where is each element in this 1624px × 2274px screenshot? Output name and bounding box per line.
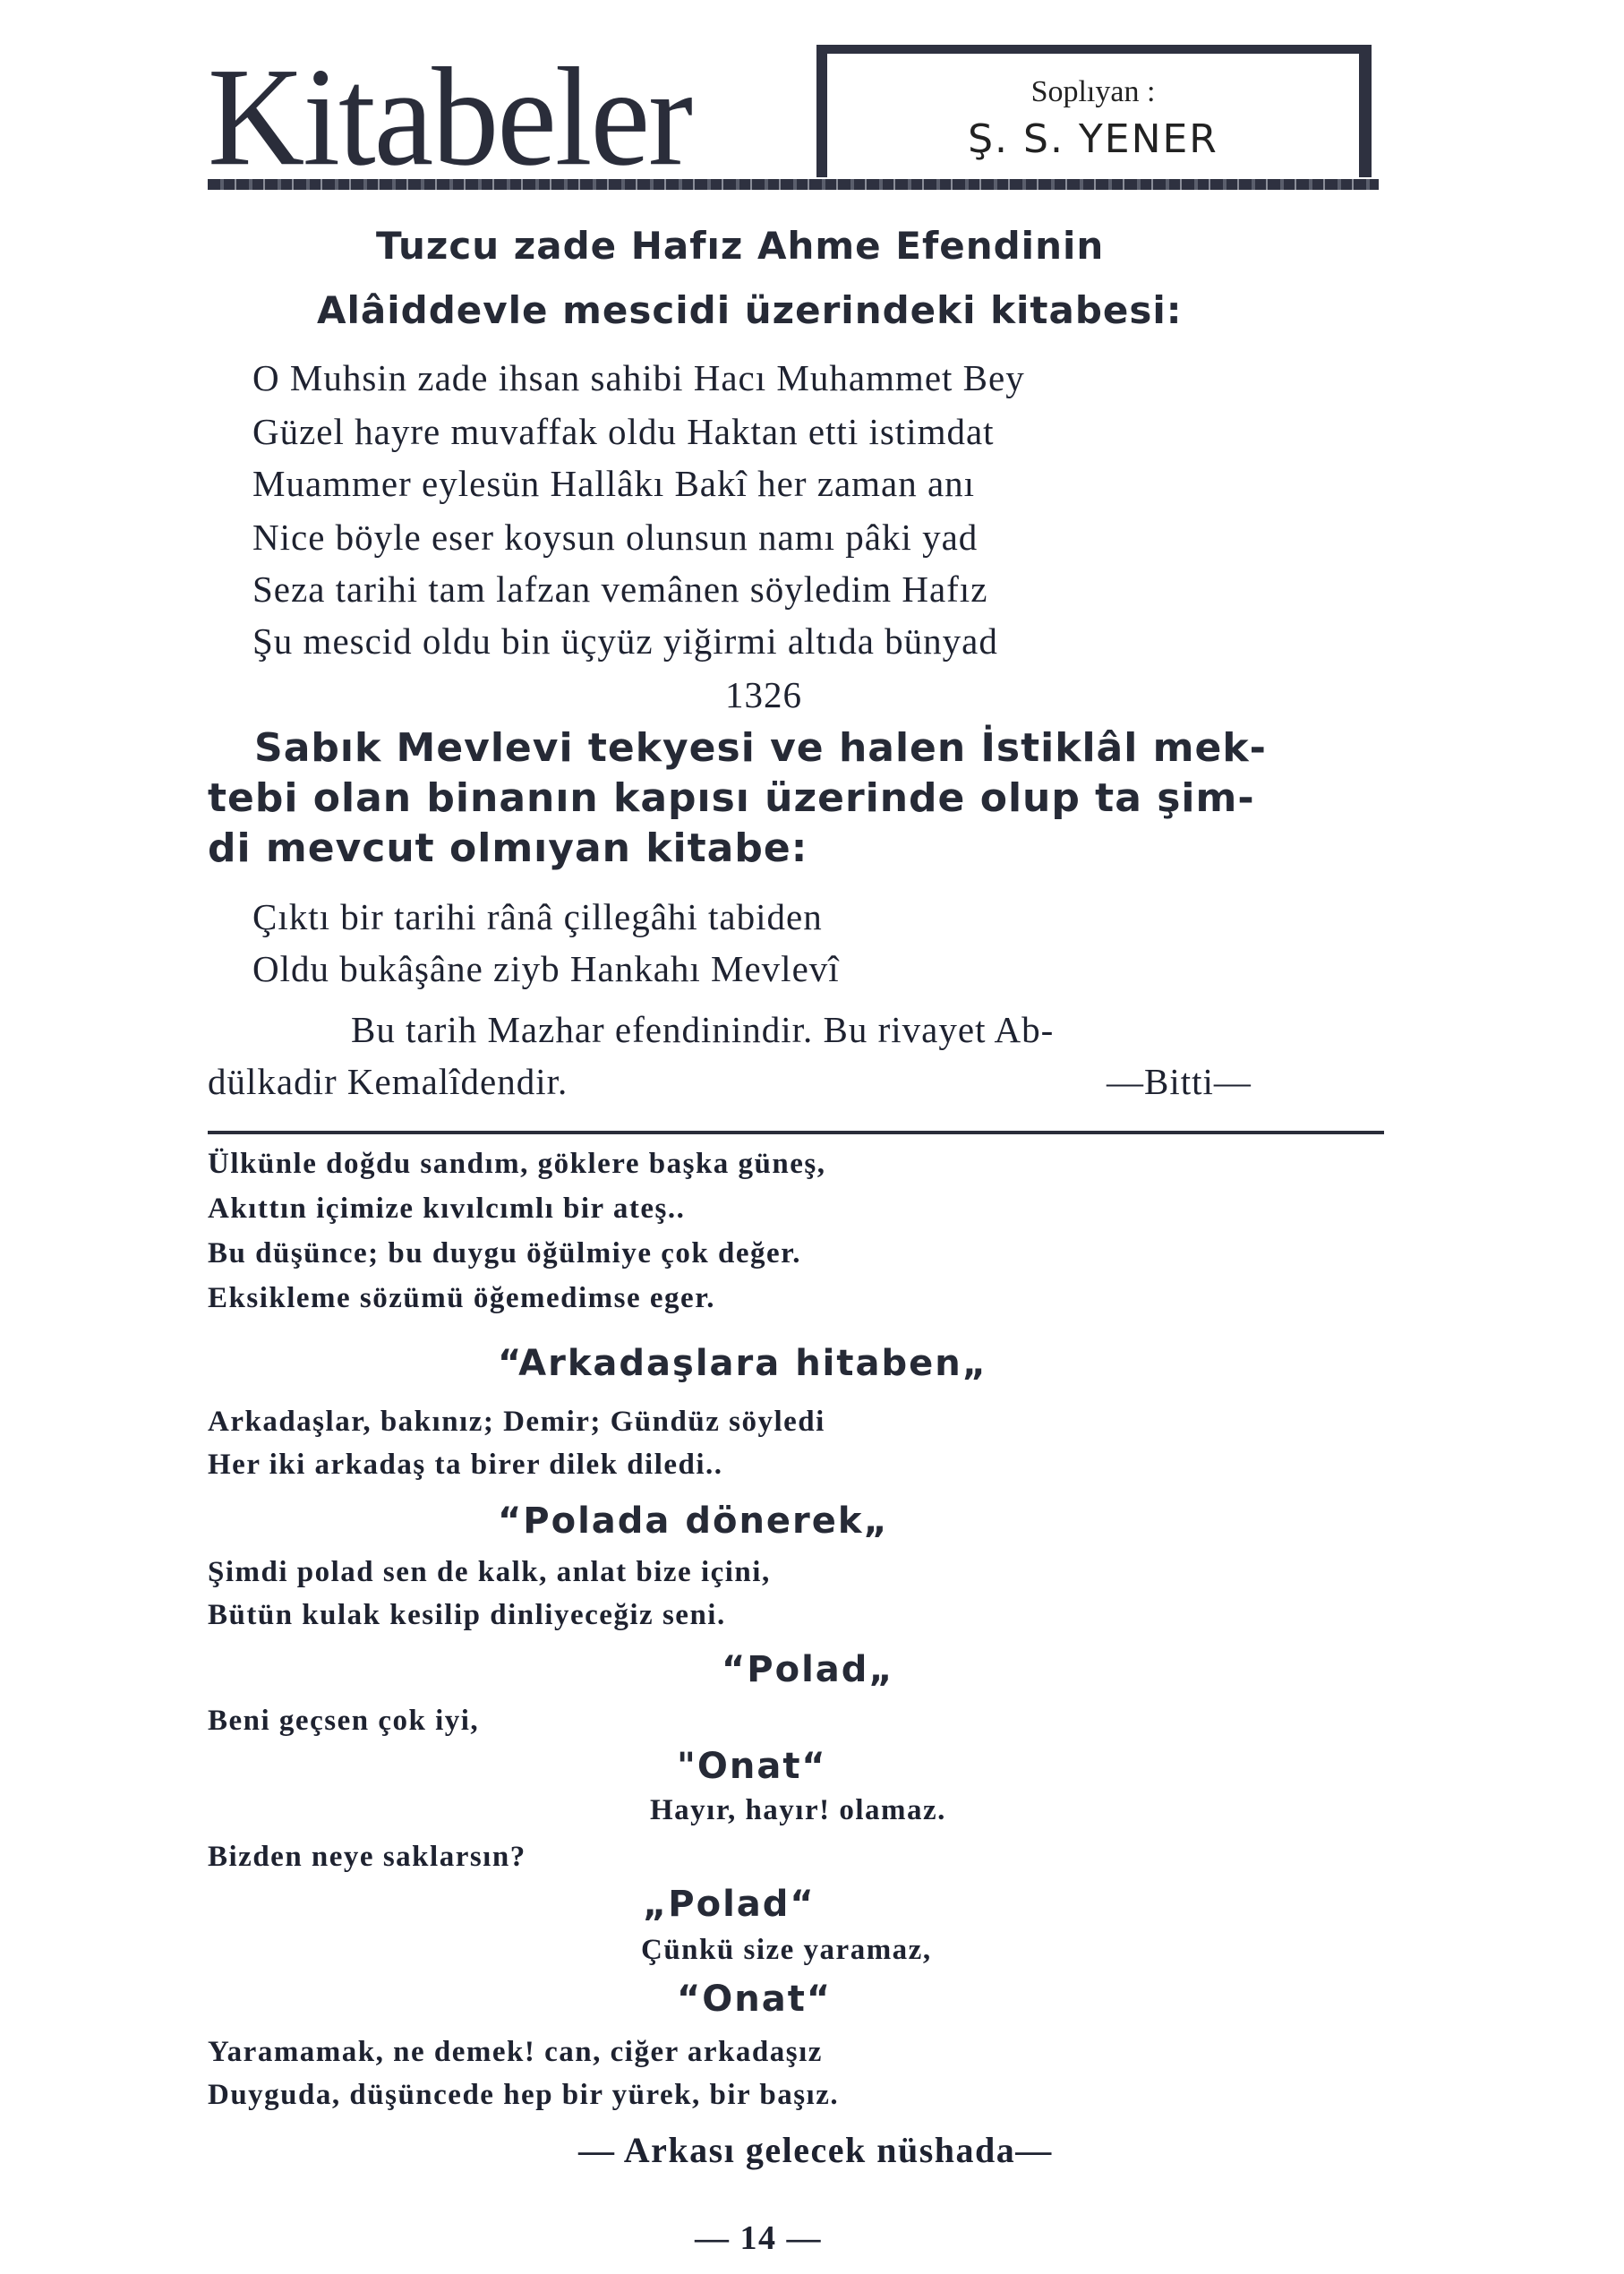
poem-line: Ülkünle doğdu sandım, göklere başka güne… xyxy=(208,1148,826,1181)
poem-line: Bu düşünce; bu duygu öğülmiye çok değer. xyxy=(208,1237,801,1270)
note-line: dülkadir Kemalîdendir. xyxy=(208,1060,568,1103)
section1-heading-line2: Alâiddevle mescidi üzerindeki kitabesi: xyxy=(317,288,1183,332)
poem-line: Eksikleme sözümü öğemedimse eger. xyxy=(208,1282,715,1315)
section1-heading-line1: Tuzcu zade Hafız Ahme Efendinin xyxy=(376,224,1104,268)
poem-line: Hayır, hayır! olamaz. xyxy=(650,1794,946,1827)
section2-heading-line: di mevcut olmıyan kitabe: xyxy=(208,825,808,871)
poem-subtitle: “Arkadaşlara hitaben„ xyxy=(498,1343,987,1384)
year-label: 1326 xyxy=(725,673,802,716)
poem-line: Yaramamak, ne demek! can, ciğer arkadaşı… xyxy=(208,2036,823,2069)
continued-note: — Arkası gelecek nüshada— xyxy=(578,2129,1053,2171)
poem-line: Her iki arkadaş ta birer dilek diledi.. xyxy=(208,1449,723,1482)
verse-line: Çıktı bir tarihi rânâ çillegâhi tabiden xyxy=(252,895,823,938)
poem-line: Bizden neye saklarsın? xyxy=(208,1841,526,1874)
note-line: Bu tarih Mazhar efendinindir. Bu rivayet… xyxy=(351,1008,1054,1051)
poem-line: Arkadaşlar, bakınız; Demir; Gündüz söyle… xyxy=(208,1406,825,1439)
verse-line: Oldu bukâşâne ziyb Hankahı Mevlevî xyxy=(252,947,840,990)
poem-line: Beni geçsen çok iyi, xyxy=(208,1705,479,1738)
masthead-title: Kitabeler xyxy=(208,47,691,188)
poem-line: Akıttın içimize kıvılcımlı bir ateş.. xyxy=(208,1193,685,1226)
verse-line: Muammer eylesün Hallâkı Bakî her zaman a… xyxy=(252,462,975,505)
author-label: Soplıyan : xyxy=(827,75,1359,109)
speaker-label: „Polad“ xyxy=(643,1884,816,1925)
poem-subtitle: “Polada dönerek„ xyxy=(498,1500,889,1542)
verse-line: O Muhsin zade ihsan sahibi Hacı Muhammet… xyxy=(252,356,1025,399)
poem-line: Duyguda, düşüncede hep bir yürek, bir ba… xyxy=(208,2079,839,2112)
page-number: — 14 — xyxy=(695,2218,822,2258)
speaker-label: "Onat“ xyxy=(677,1746,827,1787)
author-name: Ş. S. YENER xyxy=(827,116,1359,162)
speaker-label: “Onat“ xyxy=(677,1979,832,2020)
end-mark: —Bitti— xyxy=(1107,1060,1252,1103)
masthead-rule xyxy=(208,179,1379,190)
section2-heading-line: tebi olan binanın kapısı üzerinde olup t… xyxy=(208,775,1255,821)
poem-line: Çünkü size yaramaz, xyxy=(641,1934,932,1967)
verse-line: Güzel hayre muvaffak oldu Haktan etti is… xyxy=(252,410,995,453)
poem-line: Bütün kulak kesilip dinliyeceğiz seni. xyxy=(208,1599,726,1632)
author-box: Soplıyan : Ş. S. YENER xyxy=(816,45,1372,177)
poem-line: Şimdi polad sen de kalk, anlat bize için… xyxy=(208,1556,771,1589)
section-divider xyxy=(208,1131,1384,1134)
verse-line: Şu mescid oldu bin üçyüz yiğirmi altıda … xyxy=(252,620,998,663)
speaker-label: “Polad„ xyxy=(722,1649,894,1690)
verse-line: Nice böyle eser koysun olunsun namı pâki… xyxy=(252,516,978,559)
section2-heading-line: Sabık Mevlevi tekyesi ve halen İstiklâl … xyxy=(254,725,1267,771)
verse-line: Seza tarihi tam lafzan vemânen söyledim … xyxy=(252,568,987,611)
